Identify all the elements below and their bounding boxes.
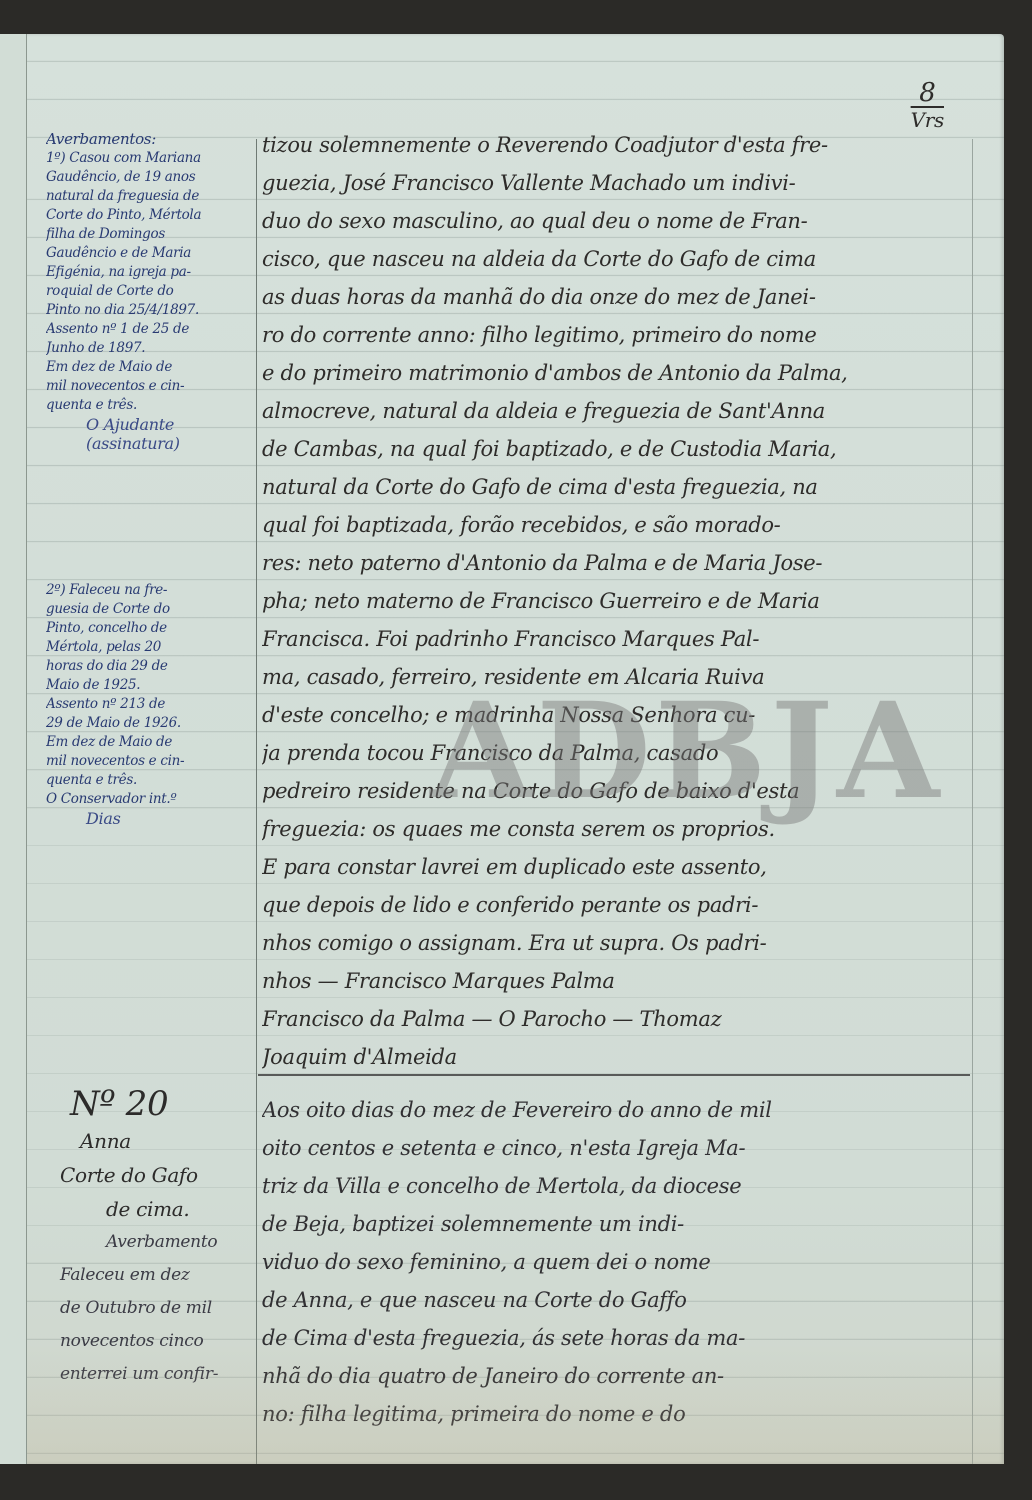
entry-20-body: Aos oito dias do mez de Fevereiro do ann… <box>262 1091 968 1433</box>
annotation-line: Pinto, concelho de <box>46 619 256 638</box>
entry-place: Corte do Gafo <box>60 1158 256 1192</box>
body-line: duo do sexo masculino, ao qual deu o nom… <box>262 202 968 240</box>
body-line: de Beja, baptizei solemnemente um indi- <box>262 1205 968 1243</box>
folio-marker: 8 Vrs <box>911 78 944 132</box>
body-line: de Anna, e que nasceu na Corte do Gaffo <box>262 1281 968 1319</box>
annotation-line: O Conservador int.º <box>46 790 256 809</box>
entry-name: Anna <box>60 1124 256 1158</box>
body-line: e do primeiro matrimonio d'ambos de Anto… <box>262 354 968 392</box>
annotation-line: Gaudêncio, de 19 anos <box>46 168 256 187</box>
annotation-line: filha de Domingos <box>46 225 256 244</box>
margin-rule <box>256 139 257 1464</box>
body-line: E para constar lavrei em duplicado este … <box>262 848 968 886</box>
annotation-line: roquial de Corte do <box>46 282 256 301</box>
annotation-signature: (assinatura) <box>46 434 256 453</box>
body-line: d'este concelho; e madrinha Nossa Senhor… <box>262 696 968 734</box>
body-line: Aos oito dias do mez de Fevereiro do ann… <box>262 1091 968 1129</box>
annotation-line: Assento nº 213 de <box>46 695 256 714</box>
right-margin-rule <box>972 139 973 1464</box>
body-line: de Cima d'esta freguezia, ás sete horas … <box>262 1319 968 1357</box>
annotation-signature: Dias <box>46 809 256 828</box>
annotation-line: horas do dia 29 de <box>46 657 256 676</box>
entry-place: de cima. <box>60 1192 256 1226</box>
annotation-line: quenta e três. <box>46 771 256 790</box>
annotation-line: Pinto no dia 25/4/1897. <box>46 301 256 320</box>
entry-number: Nº 20 <box>60 1084 256 1124</box>
body-line: Francisco da Palma — O Parocho — Thomaz <box>262 1000 968 1038</box>
body-line: freguezia: os quaes me consta serem os p… <box>262 810 968 848</box>
annotation-line: 2º) Faleceu na fre- <box>46 581 256 600</box>
annotation-line: quenta e três. <box>46 396 256 415</box>
annotation-heading: Averbamento <box>60 1226 256 1259</box>
annotation-line: Mértola, pelas 20 <box>46 638 256 657</box>
body-line: nhos — Francisco Marques Palma <box>262 962 968 1000</box>
body-line: triz da Villa e concelho de Mertola, da … <box>262 1167 968 1205</box>
body-line: nhos comigo o assignam. Era ut supra. Os… <box>262 924 968 962</box>
body-line: oito centos e setenta e cinco, n'esta Ig… <box>262 1129 968 1167</box>
annotation-line: enterrei um confir- <box>60 1358 256 1391</box>
body-line: pha; neto materno de Francisco Guerreiro… <box>262 582 968 620</box>
annotation-line: Efigénia, na igreja pa- <box>46 263 256 282</box>
entry-20-margin: Nº 20 Anna Corte do Gafo de cima. Averba… <box>60 1084 256 1391</box>
body-line: as duas horas da manhã do dia onze do me… <box>262 278 968 316</box>
body-line: cisco, que nasceu na aldeia da Corte do … <box>262 240 968 278</box>
body-line: nhã do dia quatro de Janeiro do corrente… <box>262 1357 968 1395</box>
annotation-line: 1º) Casou com Mariana <box>46 149 256 168</box>
entry-19-body: tizou solemnemente o Reverendo Coadjutor… <box>262 126 968 1076</box>
annotation-line: mil novecentos e cin- <box>46 752 256 771</box>
register-sheet: 8 Vrs Averbamentos: 1º) Casou com Marian… <box>0 34 1004 1464</box>
annotation-line: natural da freguesia de <box>46 187 256 206</box>
facing-page-edge <box>0 34 27 1464</box>
annotation-line: Corte do Pinto, Mértola <box>46 206 256 225</box>
annotation-line: de Outubro de mil <box>60 1292 256 1325</box>
annotation-line: Gaudêncio e de Maria <box>46 244 256 263</box>
annotation-line: 29 de Maio de 1926. <box>46 714 256 733</box>
body-line: ma, casado, ferreiro, residente em Alcar… <box>262 658 968 696</box>
annotation-line: mil novecentos e cin- <box>46 377 256 396</box>
body-line: Joaquim d'Almeida <box>262 1038 968 1076</box>
annotation-line: guesia de Corte do <box>46 600 256 619</box>
body-line: ja prenda tocou Francisco da Palma, casa… <box>262 734 968 772</box>
margin-annotation-1: Averbamentos: 1º) Casou com Mariana Gaud… <box>46 130 256 453</box>
annotation-line: Maio de 1925. <box>46 676 256 695</box>
annotation-line: Junho de 1897. <box>46 339 256 358</box>
scanned-register-page: 8 Vrs Averbamentos: 1º) Casou com Marian… <box>0 0 1032 1500</box>
annotation-line: Em dez de Maio de <box>46 733 256 752</box>
body-line: res: neto paterno d'Antonio da Palma e d… <box>262 544 968 582</box>
body-line: no: filha legitima, primeira do nome e d… <box>262 1395 968 1433</box>
annotation-signature-role: O Ajudante <box>46 415 256 434</box>
annotation-line: novecentos cinco <box>60 1325 256 1358</box>
body-line: qual foi baptizada, forão recebidos, e s… <box>262 506 968 544</box>
body-line: guezia, José Francisco Vallente Machado … <box>262 164 968 202</box>
annotation-line: Faleceu em dez <box>60 1259 256 1292</box>
margin-annotation-2: 2º) Faleceu na fre- guesia de Corte do P… <box>46 581 256 828</box>
annotation-line: Assento nº 1 de 25 de <box>46 320 256 339</box>
body-line: natural da Corte do Gafo de cima d'esta … <box>262 468 968 506</box>
annotation-heading: Averbamentos: <box>46 130 256 149</box>
body-line: de Cambas, na qual foi baptizado, e de C… <box>262 430 968 468</box>
body-line: almocreve, natural da aldeia e freguezia… <box>262 392 968 430</box>
annotation-line: Em dez de Maio de <box>46 358 256 377</box>
body-line: tizou solemnemente o Reverendo Coadjutor… <box>262 126 968 164</box>
body-line: viduo do sexo feminino, a quem dei o nom… <box>262 1243 968 1281</box>
body-line: ro do corrente anno: filho legitimo, pri… <box>262 316 968 354</box>
folio-number: 8 <box>911 78 944 108</box>
body-line: que depois de lido e conferido perante o… <box>262 886 968 924</box>
body-line: Francisca. Foi padrinho Francisco Marque… <box>262 620 968 658</box>
body-line: pedreiro residente na Corte do Gafo de b… <box>262 772 968 810</box>
